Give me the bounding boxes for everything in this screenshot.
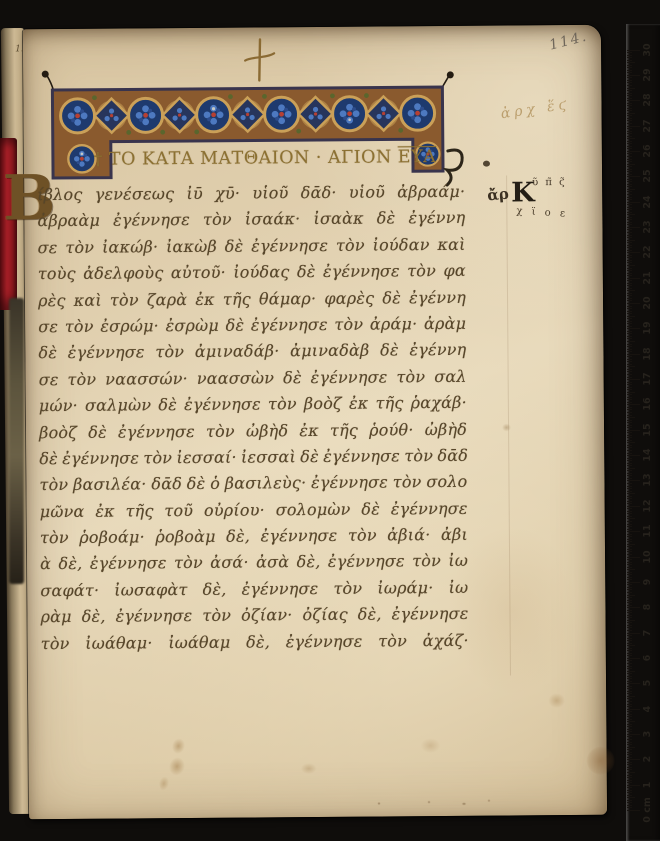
ruler-tick xyxy=(627,224,632,225)
ruler-tick xyxy=(627,473,632,474)
ruler-tick xyxy=(627,377,632,378)
ruler-tick xyxy=(627,554,632,555)
text-line: δὲ ἐγέννησε τὸν ἀμιναδάβ· ἀμιναδὰβ δὲ ἐγ… xyxy=(38,337,466,367)
ruler-tick xyxy=(627,415,632,416)
ruler-tick xyxy=(627,82,632,83)
ruler-tick xyxy=(627,447,632,448)
ruler-tick xyxy=(627,465,632,466)
ruler-tick xyxy=(627,290,635,291)
ruler-tick xyxy=(627,404,640,405)
ruler-tick xyxy=(627,577,632,578)
ruler-tick xyxy=(627,747,635,748)
ruler-tick xyxy=(627,645,635,646)
ruler-tick xyxy=(627,511,632,512)
ruler-tick xyxy=(627,775,632,776)
ruler-tick xyxy=(627,650,632,651)
ruler-tick xyxy=(627,133,632,134)
ruler-tick xyxy=(627,151,640,152)
ruler-tick xyxy=(627,60,632,61)
ruler-tick xyxy=(627,128,632,129)
ruler-tick xyxy=(627,402,632,403)
ruler-tick xyxy=(627,57,632,58)
ruler-tick xyxy=(627,769,632,770)
text-line: μών· σαλμὼν δὲ ἐγέννησε τὸν βοὸζ ἐκ τῆς … xyxy=(39,390,467,420)
ruler-tick xyxy=(627,176,640,177)
ruler-tick xyxy=(627,488,632,489)
ruler-tick xyxy=(627,65,632,66)
text-block: ίβλος γενέσεως ἰῡ χῡ· υἱοῦ δᾱδ· υἱοῦ ἀβρ… xyxy=(37,179,469,657)
ruler-tick xyxy=(627,72,632,73)
ruler-tick xyxy=(627,194,632,195)
ruler-tick xyxy=(627,308,632,309)
ruler-tick xyxy=(627,513,632,514)
ruler-tick xyxy=(627,278,640,279)
ruler-tick xyxy=(627,184,632,185)
ruler-tick xyxy=(627,265,635,266)
ruler-tick xyxy=(627,275,632,276)
ruler-tick xyxy=(627,627,632,628)
ruler-tick xyxy=(627,714,632,715)
ruler-tick xyxy=(627,589,632,590)
ruler-tick xyxy=(627,118,632,119)
ruler-tick xyxy=(627,338,632,339)
ruler-tick xyxy=(627,617,632,618)
ruler-tick xyxy=(627,521,632,522)
ruler-tick xyxy=(627,437,632,438)
ruler-tick xyxy=(627,582,640,583)
ruler-tick xyxy=(627,75,640,76)
ruler-tick xyxy=(627,666,632,667)
ruler-tick xyxy=(627,62,635,63)
ruler-tick xyxy=(627,161,632,162)
ruler-tick xyxy=(627,179,632,180)
text-line: τὸν ἰωάθαμ· ἰωάθαμ δὲ, ἐγέννησε τὸν ἀχάζ… xyxy=(41,627,469,657)
ruler-tick xyxy=(627,344,632,345)
ruler-tick xyxy=(627,105,632,106)
text-line: τοὺς ἀδελφοὺς αὐτοῦ· ἰούδας δὲ ἐγέννησε … xyxy=(38,258,466,288)
ruler-tick xyxy=(627,633,640,634)
ruler-tick xyxy=(627,351,632,352)
ruler-tick xyxy=(627,399,632,400)
folio-number: 114. xyxy=(548,28,590,53)
ruler-tick xyxy=(627,70,632,71)
ruler-tick xyxy=(627,293,632,294)
ruler-tick xyxy=(627,55,632,56)
ruler-tick xyxy=(627,354,640,355)
ruler-tick xyxy=(627,587,632,588)
ruler-tick xyxy=(627,486,632,487)
ruler-tick xyxy=(627,303,640,304)
ruler-tick xyxy=(627,389,632,390)
ruler-tick xyxy=(627,544,635,545)
ruler-tick xyxy=(627,298,632,299)
ruler-tick xyxy=(627,635,632,636)
ruler-tick xyxy=(627,295,632,296)
ruler-tick xyxy=(627,90,632,91)
ruler-tick xyxy=(627,159,632,160)
ruler-tick xyxy=(627,306,632,307)
ruler-tick xyxy=(627,199,632,200)
text-line: σε τὸν ἐσρώμ· ἐσρὼμ δὲ ἐγέννησε τὸν ἀράμ… xyxy=(38,311,466,341)
ruler-tick xyxy=(627,321,632,322)
ruler-tick xyxy=(627,197,632,198)
ruler-tick xyxy=(627,250,632,251)
ruler-tick xyxy=(627,349,632,350)
ruler-tick xyxy=(627,331,632,332)
ruler-tick xyxy=(627,285,632,286)
ruler-tick xyxy=(627,174,632,175)
ruler-tick xyxy=(627,615,632,616)
ruler-tick xyxy=(627,534,632,535)
ruler-tick xyxy=(627,245,632,246)
ruler-tick xyxy=(627,80,632,81)
ruler-tick xyxy=(627,100,640,101)
ruler-tick xyxy=(627,612,632,613)
ruler-tick xyxy=(627,610,632,611)
ruler-tick xyxy=(627,792,632,793)
ruler-tick xyxy=(627,316,635,317)
ruler-tick xyxy=(627,123,632,124)
ruler-tick xyxy=(627,526,632,527)
ruler-tick xyxy=(627,77,632,78)
ruler-tick xyxy=(627,671,635,672)
ruler-tick xyxy=(627,688,632,689)
ruler-tick xyxy=(627,716,632,717)
ruler-tick xyxy=(627,524,632,525)
ruler-tick xyxy=(627,736,632,737)
ruler-tick xyxy=(627,711,632,712)
ruler-tick xyxy=(627,212,632,213)
ruler-tick xyxy=(627,108,632,109)
ruler-tick xyxy=(627,311,632,312)
ruler-tick xyxy=(627,268,632,269)
ruler-tick xyxy=(627,592,632,593)
ruler-tick xyxy=(627,460,632,461)
ruler-tick xyxy=(627,237,632,238)
ruler-tick xyxy=(627,164,635,165)
ruler-tick xyxy=(627,288,632,289)
ruler-tick xyxy=(627,103,632,104)
ruler-tick xyxy=(627,120,632,121)
ruler-tick xyxy=(627,701,632,702)
ruler-tick xyxy=(627,686,632,687)
ruler-tick xyxy=(627,602,632,603)
margin-note-monogram: ἄρ xyxy=(486,185,509,205)
ruler-tick xyxy=(627,630,632,631)
ruler-tick xyxy=(627,328,640,329)
ruler-tick xyxy=(627,146,632,147)
ruler-tick xyxy=(627,169,632,170)
ruler-tick xyxy=(627,681,632,682)
ruler-tick xyxy=(627,115,632,116)
ruler-tick xyxy=(627,475,632,476)
ruler-tick xyxy=(627,498,632,499)
ruler-tick xyxy=(627,333,632,334)
ruler-tick xyxy=(627,242,632,243)
ruler-tick xyxy=(627,572,632,573)
ruler-tick xyxy=(627,569,635,570)
ruler-tick xyxy=(627,247,632,248)
ruler-tick xyxy=(627,483,632,484)
margin-note-small-bottom: χ ϊ ο ε xyxy=(516,206,568,220)
ruler-tick xyxy=(627,676,632,677)
title-text-1: ΤΟ ΚΑΤΑ ΜΑΤΘΑΙΟΝ xyxy=(109,148,310,170)
text-line: μῶνα ἐκ τῆς τοῦ οὐρίου· σολομὼν δὲ ἐγένν… xyxy=(40,495,468,525)
ruler-tick xyxy=(627,361,632,362)
ruler-tick xyxy=(627,214,635,215)
ruler-tick xyxy=(627,683,640,684)
ruler-tick xyxy=(627,407,632,408)
title-text-2: ΑΓΙΟΝ xyxy=(328,147,392,168)
ruler-tick xyxy=(627,366,635,367)
ruling-line xyxy=(506,175,511,675)
ruler-tick xyxy=(627,762,632,763)
ruler-tick xyxy=(627,450,632,451)
ruler-tick xyxy=(627,384,632,385)
ruler-tick xyxy=(627,742,632,743)
ruler-tick xyxy=(627,673,632,674)
ruler-tick xyxy=(627,754,632,755)
title-dot: · xyxy=(316,148,322,168)
ruler-tick xyxy=(627,270,632,271)
ruler-tick xyxy=(627,141,632,142)
ruler-tick xyxy=(627,729,632,730)
ruler-tick xyxy=(627,734,640,735)
ruler-tick xyxy=(627,356,632,357)
text-line: τὸν βασιλέα· δᾱδ δὲ ὁ βασιλεὺς· ἐγέννησε… xyxy=(39,469,467,499)
ruler-tick xyxy=(627,189,635,190)
ruler-tick xyxy=(627,749,632,750)
ruler-tick xyxy=(627,191,632,192)
ruler-tick xyxy=(627,257,632,258)
ruler-tick xyxy=(627,136,632,137)
ruler-tick xyxy=(627,252,640,253)
ruler-tick xyxy=(627,143,632,144)
text-line: ἀβραὰμ ἐγέννησε τὸν ἰσαάκ· ἰσαὰκ δὲ ἐγέν… xyxy=(37,205,465,235)
ruler-tick xyxy=(627,300,632,301)
ruler-tick xyxy=(627,280,632,281)
text-line: ὰ δὲ, ἐγέννησε τὸν ἀσά· ἀσὰ δὲ, ἐγέννησε… xyxy=(40,548,468,578)
ruler-tick xyxy=(627,313,632,314)
ruler-tick xyxy=(627,503,632,504)
text-line: σαφάτ· ἰωσαφὰτ δὲ, ἐγέννησε τὸν ἰωράμ· ἰ… xyxy=(40,575,468,605)
ruler-tick xyxy=(627,412,632,413)
ruler-tick xyxy=(627,516,632,517)
ruler-tick xyxy=(627,567,632,568)
stain-mid-dot xyxy=(502,423,511,431)
ruler-tick xyxy=(627,501,632,502)
ruler-tick xyxy=(627,379,640,380)
ruler-tick xyxy=(627,752,632,753)
ruler-tick xyxy=(627,98,632,99)
ruler-tick xyxy=(627,785,640,786)
ruler-tick xyxy=(627,445,632,446)
text-line: σε τὸν ἰακώβ· ἰακὼβ δὲ ἐγέννησε τὸν ἰούδ… xyxy=(38,232,466,262)
ruler-tick xyxy=(627,93,632,94)
ruler-tick xyxy=(627,653,632,654)
title-cross-icon: † xyxy=(94,150,103,170)
ruler-tick xyxy=(627,341,635,342)
ruler-tick xyxy=(627,186,632,187)
ruler-tick xyxy=(627,427,632,428)
ruler-tick xyxy=(627,691,632,692)
ruler-tick xyxy=(627,529,632,530)
ruler-tick xyxy=(627,217,632,218)
ruler-tick xyxy=(627,435,632,436)
ruler-tick xyxy=(627,539,632,540)
margin-note-faded: ἀρχ ἕϛ xyxy=(500,96,572,122)
stain-fingerprint xyxy=(153,733,199,801)
ruler-tick xyxy=(627,724,632,725)
ruler-tick xyxy=(627,531,640,532)
text-line: τὸν ῥοβοάμ· ῥοβοὰμ δὲ, ἐγέννησε τὸν ἀβιά… xyxy=(40,522,468,552)
gospel-title: † ΤΟ ΚΑΤΑ ΜΑΤΘΑΙΟΝ · ΑΓΙΟΝ ΕΥΑ xyxy=(110,143,420,173)
ruler-tick xyxy=(627,698,632,699)
ruler-tick xyxy=(627,232,632,233)
ruler-tick xyxy=(627,638,632,639)
ruler-tick xyxy=(627,425,632,426)
ruler-tick xyxy=(627,620,635,621)
ruler-tick xyxy=(627,260,632,261)
text-line: ίβλος γενέσεως ἰῡ χῡ· υἱοῦ δᾱδ· υἱοῦ ἀβρ… xyxy=(37,179,465,209)
ruler-tick xyxy=(627,382,632,383)
ruler-tick xyxy=(627,359,632,360)
ruler-tick xyxy=(627,235,632,236)
ruler-tick xyxy=(627,625,632,626)
ruler-tick xyxy=(627,346,632,347)
ruler-tick xyxy=(627,658,640,659)
ruler-tick xyxy=(627,207,632,208)
text-line: δὲ ἐγέννησε τὸν ἰεσσαί· ἰεσσαὶ δὲ ἐγέννη… xyxy=(39,443,467,473)
ruler-tick xyxy=(627,696,635,697)
ruler-tick xyxy=(627,549,632,550)
ruler-tick xyxy=(627,777,632,778)
ruler-tick xyxy=(627,50,640,51)
ruler-tick xyxy=(627,795,632,796)
text-line: ρὲς καὶ τὸν ζαρὰ ἐκ τῆς θάμαρ· φαρὲς δὲ … xyxy=(38,284,466,314)
ruler-tick xyxy=(627,470,632,471)
ruler-tick xyxy=(627,764,632,765)
ruler-tick xyxy=(627,255,632,256)
ruler-tick xyxy=(627,790,632,791)
ruler-tick xyxy=(627,227,640,228)
ruler-tick xyxy=(627,584,632,585)
ruler-tick xyxy=(627,442,635,443)
ruler-tick xyxy=(627,559,632,560)
ruler-tick xyxy=(627,660,632,661)
ruler-tick xyxy=(627,807,632,808)
ruler-tick xyxy=(627,397,632,398)
ruler-tick xyxy=(627,562,632,563)
ruler-tick xyxy=(627,453,632,454)
ruler-tick xyxy=(627,541,632,542)
ruler-tick xyxy=(627,536,632,537)
ruler-tick xyxy=(627,731,632,732)
ruler-tick xyxy=(627,153,632,154)
ruler-tick xyxy=(627,491,632,492)
stain-small-2 xyxy=(420,738,440,753)
ruler-tick xyxy=(627,557,640,558)
ruler-tick xyxy=(627,422,632,423)
ruler-tick xyxy=(627,222,632,223)
ruler-tick xyxy=(627,229,632,230)
corner-mark: 1. xyxy=(15,44,24,54)
ruler-tick xyxy=(627,759,640,760)
ruler-tick xyxy=(627,579,632,580)
ruler-tick xyxy=(627,721,635,722)
stain-small-3 xyxy=(548,693,565,708)
ruler-tick xyxy=(627,430,640,431)
ruler-tick xyxy=(627,273,632,274)
ruler-tick xyxy=(627,67,632,68)
ruler-tick xyxy=(627,240,635,241)
ruler-tick xyxy=(627,387,632,388)
ruler-tick xyxy=(627,805,632,806)
ruler-tick xyxy=(627,171,632,172)
ruler-tick xyxy=(627,506,640,507)
ruler-tick xyxy=(627,600,632,601)
ruler-tick xyxy=(627,782,632,783)
ruler-tick xyxy=(627,678,632,679)
ruler-tick xyxy=(627,52,632,53)
ruler-tick xyxy=(627,655,632,656)
ruler-tick xyxy=(627,204,632,205)
ruler-tick xyxy=(627,574,632,575)
ruler-tick xyxy=(627,369,632,370)
ruler-tick xyxy=(627,787,632,788)
ruler-tick xyxy=(627,126,640,127)
ruler-tick xyxy=(627,564,632,565)
ruler-tick xyxy=(627,518,635,519)
ruler-tick xyxy=(627,336,632,337)
ruler-tick xyxy=(627,113,635,114)
ruler-tick xyxy=(627,496,632,497)
ruler-tick xyxy=(627,85,632,86)
text-line: σε τὸν ναασσών· ναασσὼν δὲ ἐγέννησε τὸν … xyxy=(39,364,467,394)
ruler-tick xyxy=(627,455,640,456)
ruler-tick xyxy=(627,409,632,410)
text-line: ρὰμ δὲ, ἐγέννησε τὸν ὀζίαν· ὀζίας δὲ, ἐγ… xyxy=(40,601,468,631)
ruler-tick xyxy=(627,767,632,768)
ruler-tick xyxy=(627,597,632,598)
ruler-tick xyxy=(627,744,632,745)
ruler-tick xyxy=(627,468,635,469)
ruler-tick xyxy=(627,607,640,608)
ruler-tick xyxy=(627,166,632,167)
ruler-tick xyxy=(627,508,632,509)
title-abbreviation: ΕΥΑ xyxy=(398,147,437,167)
ruler-tick xyxy=(627,432,632,433)
ruler-tick xyxy=(627,480,640,481)
binding-gutter xyxy=(9,298,24,584)
ruler-tick xyxy=(627,595,635,596)
ruler-tick xyxy=(627,95,632,96)
ruler-tick xyxy=(627,148,632,149)
ruler-tick xyxy=(627,800,632,801)
ruler-tick xyxy=(627,463,632,464)
manuscript-photo: 1. 114. xyxy=(0,0,660,841)
ruler-tick xyxy=(627,478,632,479)
ink-blot xyxy=(483,161,490,167)
ruler-tick xyxy=(627,440,632,441)
ruler-tick xyxy=(627,810,640,811)
ruler-tick xyxy=(627,663,632,664)
ruler-tick xyxy=(627,802,632,803)
ruler-scale: 3029282726252423222120191817161514131211… xyxy=(626,24,660,841)
ruler-tick xyxy=(627,772,635,773)
ruler-tick xyxy=(627,780,632,781)
ruler-tick xyxy=(627,88,635,89)
